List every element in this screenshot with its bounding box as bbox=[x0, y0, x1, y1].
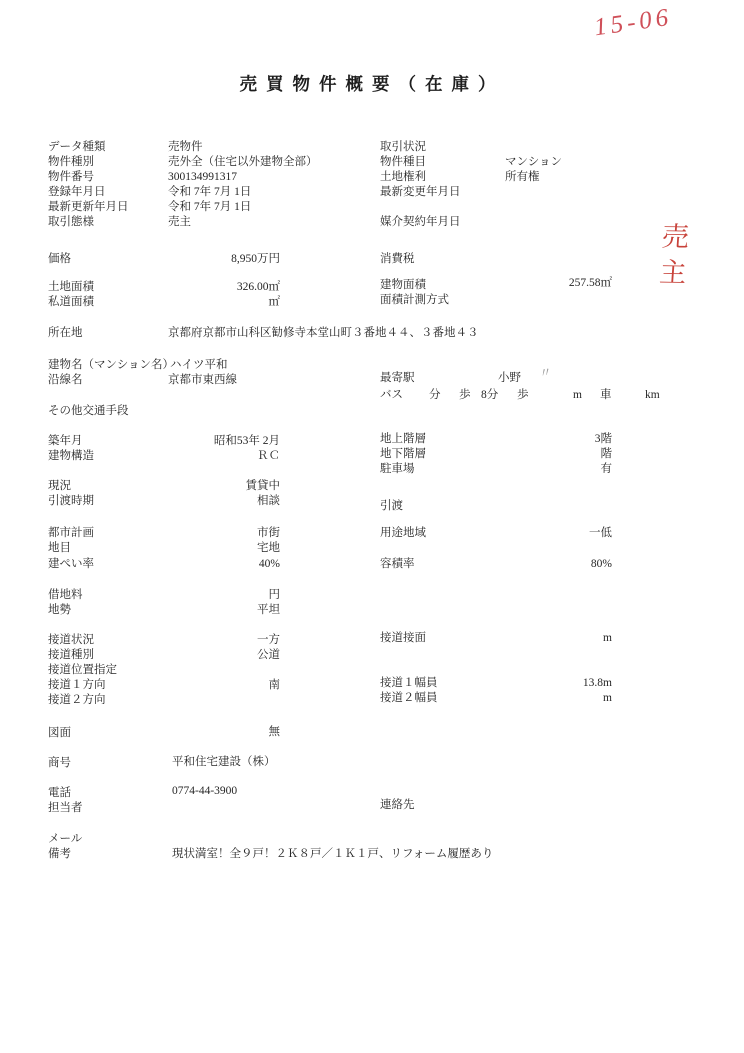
field-contact-person-label: 担当者 bbox=[48, 802, 83, 815]
field-company-value: 平和住宅建設（株） bbox=[172, 756, 276, 769]
field-road2-width-value: m bbox=[492, 692, 612, 705]
field-phone-label: 電話 bbox=[48, 787, 71, 800]
field-floors-above-label: 地上階層 bbox=[380, 433, 426, 446]
field-built-date-value: 昭和53年 2月 bbox=[150, 435, 280, 448]
field-zoning-label: 用途地域 bbox=[380, 527, 426, 540]
field-building-name-label: 建物名（マンション名） bbox=[48, 359, 174, 372]
field-road-type-label: 接道種別 bbox=[48, 649, 94, 662]
field-road-type-value: 公道 bbox=[150, 649, 280, 662]
field-road1-width-value: 13.8m bbox=[492, 677, 612, 690]
access-token-walk2: 歩 bbox=[517, 389, 529, 402]
field-property-category-label: 物件種目 bbox=[380, 156, 426, 169]
access-token-bus: バス bbox=[380, 389, 403, 402]
field-floor-area-ratio-value: 80% bbox=[492, 558, 612, 571]
field-handover-timing-value: 相談 bbox=[150, 495, 280, 508]
field-terrain-value: 平坦 bbox=[150, 604, 280, 617]
field-price-value: 8,950万円 bbox=[150, 253, 280, 266]
field-building-name-value: ハイツ平和 bbox=[170, 359, 228, 372]
field-property-kind-label: 物件種別 bbox=[48, 156, 94, 169]
field-area-method-label: 面積計測方式 bbox=[380, 294, 449, 307]
field-price-label: 価格 bbox=[48, 253, 71, 266]
field-city-planning-value: 市街 bbox=[150, 527, 280, 540]
field-terrain-label: 地勢 bbox=[48, 604, 71, 617]
field-updated-date-label: 最新更新年月日 bbox=[48, 201, 129, 214]
field-built-date-label: 築年月 bbox=[48, 435, 83, 448]
field-brokerage-contract-date-label: 媒介契約年月日 bbox=[380, 216, 461, 229]
field-coverage-ratio-label: 建ぺい率 bbox=[48, 558, 94, 571]
field-station-label: 最寄駅 bbox=[380, 372, 415, 385]
field-road-status-label: 接道状況 bbox=[48, 634, 94, 647]
field-structure-label: 建物構造 bbox=[48, 450, 94, 463]
field-coverage-ratio-value: 40% bbox=[150, 558, 280, 571]
access-token-car: 車 bbox=[600, 389, 612, 402]
field-tax-label: 消費税 bbox=[380, 253, 415, 266]
field-private-road-area-label: 私道面積 bbox=[48, 296, 94, 309]
field-handover-timing-label: 引渡時期 bbox=[48, 495, 94, 508]
field-zoning-value: 一低 bbox=[492, 527, 612, 540]
access-token-meters: m bbox=[573, 389, 582, 402]
field-floors-below-label: 地下階層 bbox=[380, 448, 426, 461]
field-remarks-label: 備考 bbox=[48, 848, 71, 861]
field-land-rent-value: 円 bbox=[150, 589, 280, 602]
field-station-value: 小野 bbox=[498, 372, 521, 385]
access-token-walk-min: 8分 bbox=[481, 389, 498, 402]
field-drawing-value: 無 bbox=[150, 726, 280, 739]
field-other-transport-label: その他交通手段 bbox=[48, 405, 129, 418]
field-address-value: 京都府京都市山科区勧修寺本堂山町３番地４４、３番地４３ bbox=[168, 327, 479, 340]
field-building-area-value: 257.58㎡ bbox=[492, 277, 612, 290]
field-land-rent-label: 借地料 bbox=[48, 589, 83, 602]
scanned-property-summary-document: 15-06 売主 〃 売買物件概要（在庫） データ種類 売物件 物件種別 売外全… bbox=[0, 0, 744, 1053]
field-data-type-label: データ種類 bbox=[48, 141, 106, 154]
access-token-walk: 歩 bbox=[459, 389, 471, 402]
field-registered-date-value: 令和 7年 7月 1日 bbox=[168, 186, 251, 199]
field-email-label: メール bbox=[48, 833, 82, 846]
field-road-frontage-value: m bbox=[492, 632, 612, 645]
field-land-area-label: 土地面積 bbox=[48, 281, 94, 294]
field-transaction-type-value: 売主 bbox=[168, 216, 191, 229]
field-road1-direction-label: 接道１方向 bbox=[48, 679, 106, 692]
access-token-km: km bbox=[645, 389, 660, 402]
field-building-area-label: 建物面積 bbox=[380, 279, 426, 292]
field-transaction-type-label: 取引態様 bbox=[48, 216, 94, 229]
field-land-area-value: 326.00㎡ bbox=[150, 281, 280, 294]
field-structure-value: ＲＣ bbox=[150, 450, 280, 463]
page-title: 売買物件概要（在庫） bbox=[0, 78, 744, 91]
field-property-number-label: 物件番号 bbox=[48, 171, 94, 184]
field-land-rights-label: 土地権利 bbox=[380, 171, 426, 184]
field-property-category-value: マンション bbox=[505, 156, 562, 169]
handwritten-code-annotation: 15-06 bbox=[593, 11, 672, 35]
field-address-label: 所在地 bbox=[48, 327, 83, 340]
field-parking-label: 駐車場 bbox=[380, 463, 415, 476]
field-company-label: 商号 bbox=[48, 757, 71, 770]
field-registered-date-label: 登録年月日 bbox=[48, 186, 106, 199]
field-land-category-label: 地目 bbox=[48, 542, 71, 555]
field-road2-width-label: 接道２幅員 bbox=[380, 692, 438, 705]
field-road2-direction-label: 接道２方向 bbox=[48, 694, 106, 707]
field-parking-value: 有 bbox=[492, 463, 612, 476]
field-road-position-label: 接道位置指定 bbox=[48, 664, 117, 677]
field-property-number-value: 300134991317 bbox=[168, 171, 237, 184]
field-phone-value: 0774-44-3900 bbox=[172, 785, 237, 798]
field-city-planning-label: 都市計画 bbox=[48, 527, 94, 540]
field-land-category-value: 宅地 bbox=[150, 542, 280, 555]
handwritten-station-tick-mark: 〃 bbox=[538, 365, 553, 380]
field-road-status-value: 一方 bbox=[150, 634, 280, 647]
field-road-frontage-label: 接道接面 bbox=[380, 632, 426, 645]
field-floors-below-value: 階 bbox=[492, 448, 612, 461]
field-floors-above-value: 3階 bbox=[492, 433, 612, 446]
handwritten-seller-annotation: 売主 bbox=[661, 222, 680, 307]
field-handover-label: 引渡 bbox=[380, 500, 403, 513]
field-floor-area-ratio-label: 容積率 bbox=[380, 558, 415, 571]
field-latest-change-date-label: 最新変更年月日 bbox=[380, 186, 461, 199]
field-contact-label: 連絡先 bbox=[380, 799, 415, 812]
field-road1-width-label: 接道１幅員 bbox=[380, 677, 438, 690]
access-token-bus-min: 分 bbox=[429, 389, 441, 402]
field-property-kind-value: 売外全（住宅以外建物全部） bbox=[168, 156, 318, 169]
field-updated-date-value: 令和 7年 7月 1日 bbox=[168, 201, 251, 214]
field-current-status-value: 賃貸中 bbox=[150, 480, 280, 493]
field-drawing-label: 図面 bbox=[48, 727, 71, 740]
field-private-road-area-value: ㎡ bbox=[150, 296, 280, 309]
field-road1-direction-value: 南 bbox=[150, 679, 280, 692]
field-remarks-value: 現状満室！全９戸！２Ｋ８戸／１Ｋ１戸、リフォーム履歴あり bbox=[172, 848, 493, 861]
field-line-name-value: 京都市東西線 bbox=[168, 374, 237, 387]
field-data-type-value: 売物件 bbox=[168, 141, 203, 154]
field-land-rights-value: 所有権 bbox=[505, 171, 540, 184]
field-line-name-label: 沿線名 bbox=[48, 374, 83, 387]
field-current-status-label: 現況 bbox=[48, 480, 71, 493]
field-transaction-status-label: 取引状況 bbox=[380, 141, 426, 154]
